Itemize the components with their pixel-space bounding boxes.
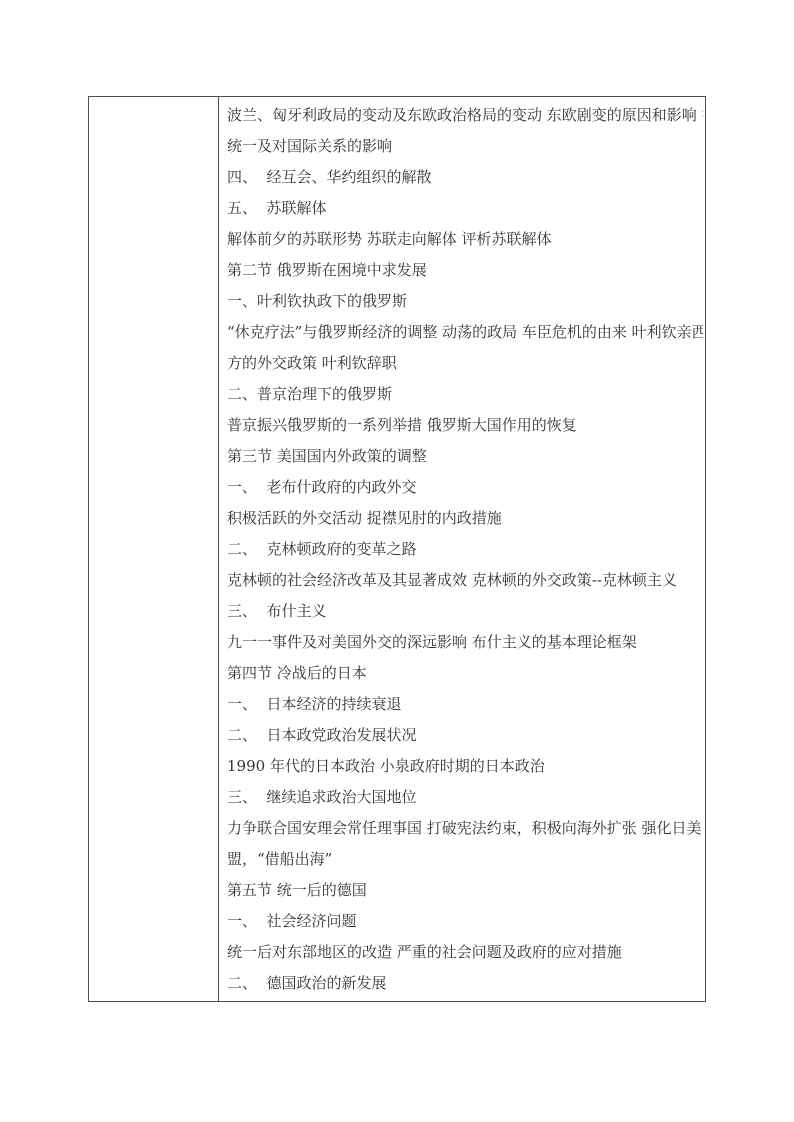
text-line: 第三节 美国国内外政策的调整: [227, 441, 703, 472]
table-right-cell: 波兰、匈牙利政局的变动及东欧政治格局的变动 东欧剧变的原因和影响 德国 统一及对…: [219, 97, 705, 1001]
text-line: 第四节 冷战后的日本: [227, 658, 703, 689]
table-left-cell: [89, 97, 219, 1001]
text-line: 统一后对东部地区的改造 严重的社会问题及政府的应对措施: [227, 937, 703, 968]
text-line: 一、 日本经济的持续衰退: [227, 689, 703, 720]
text-line: 1990 年代的日本政治 小泉政府时期的日本政治: [227, 751, 703, 782]
text-line: 普京振兴俄罗斯的一系列举措 俄罗斯大国作用的恢复: [227, 410, 703, 441]
text-line: 一、 老布什政府的内政外交: [227, 472, 703, 503]
text-line: 二、普京治理下的俄罗斯: [227, 379, 703, 410]
text-line: 力争联合国安理会常任理事国 打破宪法约束，积极向海外扩张 强化日美同: [227, 813, 703, 844]
text-line: 积极活跃的外交活动 捉襟见肘的内政措施: [227, 503, 703, 534]
text-line: 统一及对国际关系的影响: [227, 131, 703, 162]
text-line: 解体前夕的苏联形势 苏联走向解体 评析苏联解体: [227, 224, 703, 255]
document-page: 波兰、匈牙利政局的变动及东欧政治格局的变动 东欧剧变的原因和影响 德国 统一及对…: [0, 0, 794, 1122]
text-line: 二、 日本政党政治发展状况: [227, 720, 703, 751]
text-line: 波兰、匈牙利政局的变动及东欧政治格局的变动 东欧剧变的原因和影响 德国: [227, 100, 703, 131]
text-line: 一、叶利钦执政下的俄罗斯: [227, 286, 703, 317]
outline-table: 波兰、匈牙利政局的变动及东欧政治格局的变动 东欧剧变的原因和影响 德国 统一及对…: [88, 96, 706, 1002]
text-line: 第二节 俄罗斯在困境中求发展: [227, 255, 703, 286]
text-line: 三、 继续追求政治大国地位: [227, 782, 703, 813]
text-line: 第五节 统一后的德国: [227, 875, 703, 906]
text-line: “休克疗法”与俄罗斯经济的调整 动荡的政局 车臣危机的由来 叶利钦亲西: [227, 317, 703, 348]
text-line: 四、 经互会、华约组织的解散: [227, 162, 703, 193]
text-line: 五、 苏联解体: [227, 193, 703, 224]
text-line: 二、 德国政治的新发展: [227, 968, 703, 999]
text-line: 九一一事件及对美国外交的深远影响 布什主义的基本理论框架: [227, 627, 703, 658]
text-line: 克林顿的社会经济改革及其显著成效 克林顿的外交政策--克林顿主义: [227, 565, 703, 596]
text-line: 一、 社会经济问题: [227, 906, 703, 937]
text-line: 二、 克林顿政府的变革之路: [227, 534, 703, 565]
text-line: 三、 布什主义: [227, 596, 703, 627]
text-line: 盟，“借船出海”: [227, 844, 703, 875]
text-line: 方的外交政策 叶利钦辞职: [227, 348, 703, 379]
